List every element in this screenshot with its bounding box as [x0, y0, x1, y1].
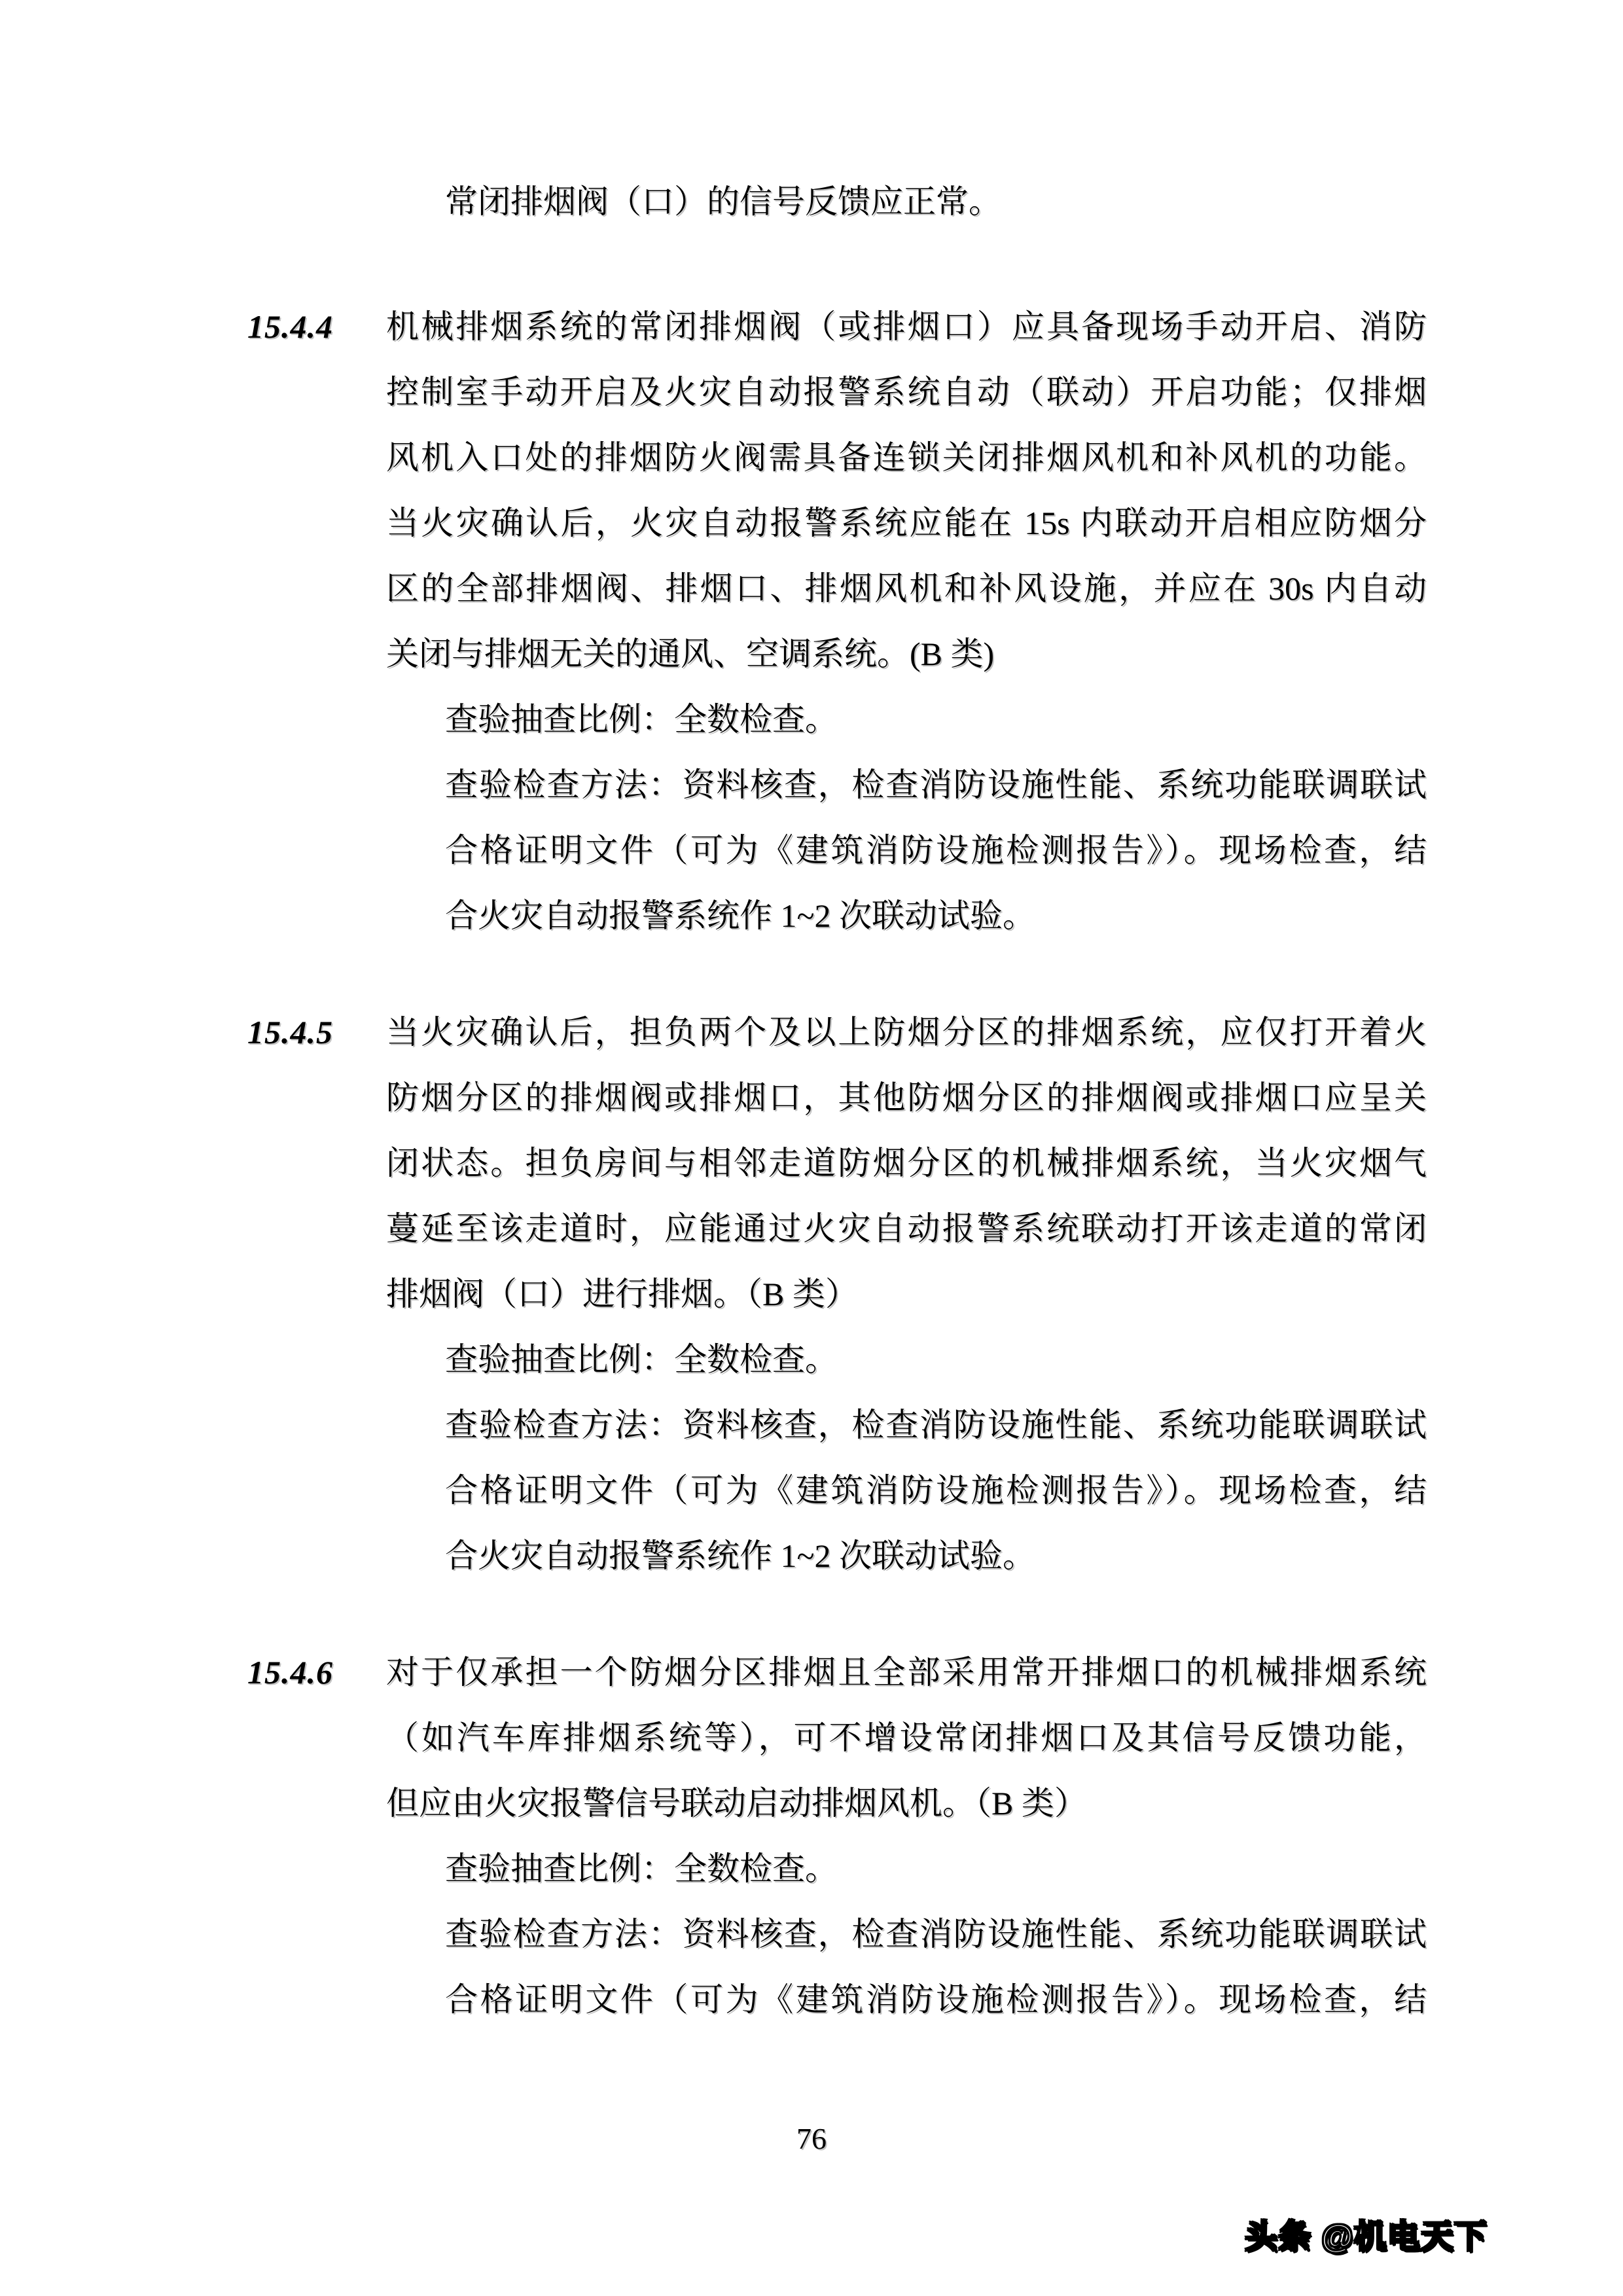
clause-section: 15.4.6对于仅承担一个防烟分区排烟且全部采用常开排烟口的机械排烟系统（如汽车…	[386, 1640, 1427, 2032]
text-line: 合火灾自动报警系统作 1~2 次联动试验。	[445, 1523, 1427, 1588]
text-line: 合格证明文件（可为《建筑消防设施检测报告》）。现场检查，结	[445, 1458, 1427, 1523]
text-line: 合格证明文件（可为《建筑消防设施检测报告》）。现场检查，结	[445, 817, 1427, 883]
clause-body: 15.4.5当火灾确认后，担负两个及以上防烟分区的排烟系统，应仅打开着火防烟分区…	[386, 999, 1427, 1327]
clause-number: 15.4.5	[247, 999, 333, 1065]
text-line: 但应由火灾报警信号联动启动排烟风机。（B 类）	[386, 1770, 1427, 1836]
text-line: 合火灾自动报警系统作 1~2 次联动试验。	[445, 883, 1427, 948]
text-line: 闭状态。担负房间与相邻走道防烟分区的机械排烟系统，当火灾烟气	[386, 1130, 1427, 1196]
paragraph-continuation-line: 常闭排烟阀（口）的信号反馈应正常。	[445, 169, 1427, 234]
text-line: 排烟阀（口）进行排烟。（B 类）	[386, 1261, 1427, 1327]
text-line-content: 当火灾确认后，担负两个及以上防烟分区的排烟系统，应仅打开着火	[386, 1014, 1427, 1050]
document-page: 常闭排烟阀（口）的信号反馈应正常。 15.4.4机械排烟系统的常闭排烟阀（或排烟…	[0, 0, 1623, 2296]
clause-number: 15.4.6	[247, 1640, 333, 1705]
clause-body: 15.4.4机械排烟系统的常闭排烟阀（或排烟口）应具备现场手动开启、消防控制室手…	[386, 294, 1427, 687]
text-line: 区的全部排烟阀、排烟口、排烟风机和补风设施，并应在 30s 内自动	[386, 556, 1427, 621]
clause-section: 15.4.4机械排烟系统的常闭排烟阀（或排烟口）应具备现场手动开启、消防控制室手…	[386, 294, 1427, 948]
sections-container: 15.4.4机械排烟系统的常闭排烟阀（或排烟口）应具备现场手动开启、消防控制室手…	[386, 294, 1427, 2083]
text-line-content: 对于仅承担一个防烟分区排烟且全部采用常开排烟口的机械排烟系统	[386, 1654, 1427, 1691]
text-line: 查验抽查比例：全数检查。	[445, 687, 1427, 752]
text-line: 查验检查方法：资料核查，检查消防设施性能、系统功能联调联试	[445, 1392, 1427, 1458]
text-line: 合格证明文件（可为《建筑消防设施检测报告》）。现场检查，结	[445, 1967, 1427, 2032]
text-line: 控制室手动开启及火灾自动报警系统自动（联动）开启功能；仅排烟	[386, 359, 1427, 425]
page-number: 76	[0, 2119, 1623, 2159]
text-line: 当火灾确认后，火灾自动报警系统应能在 15s 内联动开启相应防烟分	[386, 490, 1427, 556]
text-line: 关闭与排烟无关的通风、空调系统。(B 类)	[386, 621, 1427, 687]
clause-checks: 查验抽查比例：全数检查。查验检查方法：资料核查，检查消防设施性能、系统功能联调联…	[445, 1836, 1427, 2032]
text-line: 查验检查方法：资料核查，检查消防设施性能、系统功能联调联试	[445, 752, 1427, 817]
clause-checks: 查验抽查比例：全数检查。查验检查方法：资料核查，检查消防设施性能、系统功能联调联…	[445, 1327, 1427, 1588]
watermark: 头条 @机电天下	[1245, 2215, 1488, 2258]
text-line: 查验抽查比例：全数检查。	[445, 1836, 1427, 1901]
clause-checks: 查验抽查比例：全数检查。查验检查方法：资料核查，检查消防设施性能、系统功能联调联…	[445, 687, 1427, 948]
clause-number: 15.4.4	[247, 294, 333, 359]
text-line: 15.4.4机械排烟系统的常闭排烟阀（或排烟口）应具备现场手动开启、消防	[386, 294, 1427, 359]
text-line: 防烟分区的排烟阀或排烟口，其他防烟分区的排烟阀或排烟口应呈关	[386, 1065, 1427, 1130]
text-line: 风机入口处的排烟防火阀需具备连锁关闭排烟风机和补风机的功能。	[386, 425, 1427, 490]
text-line: 15.4.5当火灾确认后，担负两个及以上防烟分区的排烟系统，应仅打开着火	[386, 999, 1427, 1065]
text-line-content: 机械排烟系统的常闭排烟阀（或排烟口）应具备现场手动开启、消防	[386, 308, 1427, 345]
text-line: 蔓延至该走道时，应能通过火灾自动报警系统联动打开该走道的常闭	[386, 1196, 1427, 1261]
clause-body: 15.4.6对于仅承担一个防烟分区排烟且全部采用常开排烟口的机械排烟系统（如汽车…	[386, 1640, 1427, 1836]
text-line: 查验检查方法：资料核查，检查消防设施性能、系统功能联调联试	[445, 1901, 1427, 1967]
text-line: 15.4.6对于仅承担一个防烟分区排烟且全部采用常开排烟口的机械排烟系统	[386, 1640, 1427, 1705]
text-line: 查验抽查比例：全数检查。	[445, 1327, 1427, 1392]
clause-section: 15.4.5当火灾确认后，担负两个及以上防烟分区的排烟系统，应仅打开着火防烟分区…	[386, 999, 1427, 1588]
text-line: （如汽车库排烟系统等），可不增设常闭排烟口及其信号反馈功能，	[386, 1705, 1427, 1770]
